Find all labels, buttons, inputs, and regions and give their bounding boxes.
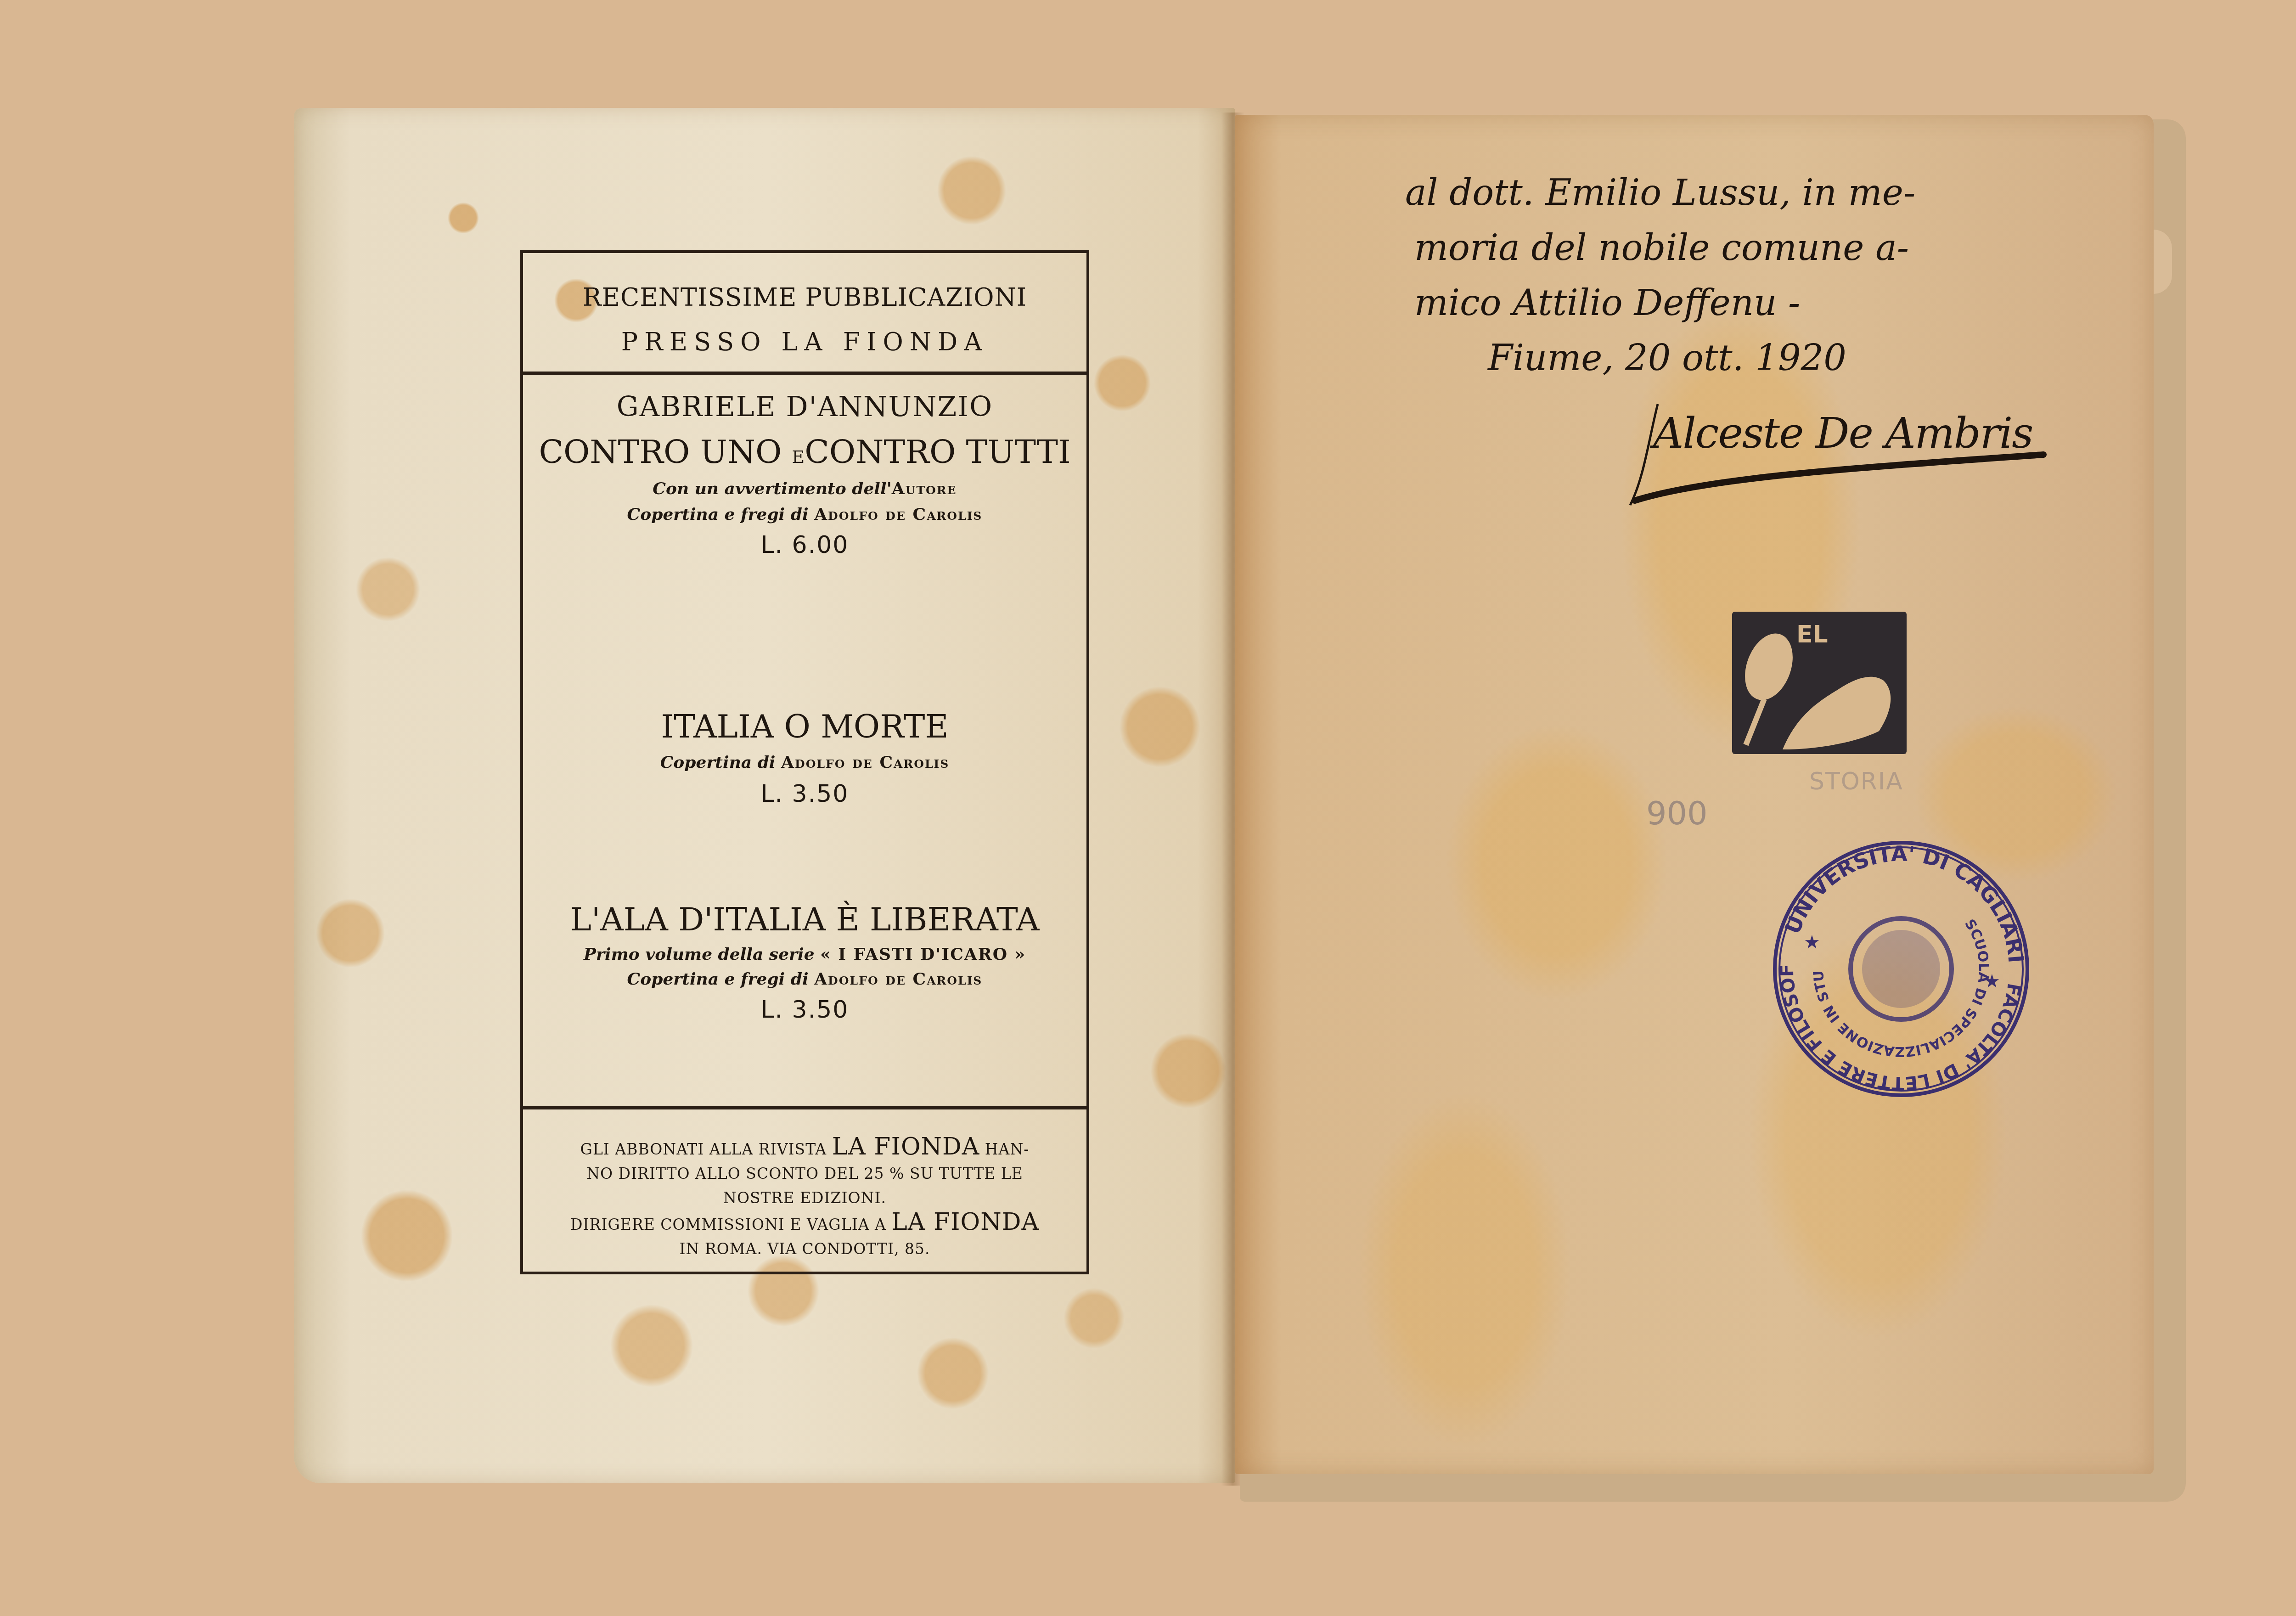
- footer-text: HAN-: [985, 1140, 1030, 1158]
- book-cover-credit: Copertina e fregi di Adolfo de Carolis: [523, 969, 1086, 989]
- book-title-part2: CONTRO TUTTI: [805, 433, 1070, 471]
- book-note-caps: Adolfo de Carolis: [814, 969, 982, 989]
- ad-header: RECENTISSIME PUBBLICAZIONI PRESSO LA FIO…: [523, 253, 1086, 375]
- ad-book-entry: ITALIA O MORTE Copertina di Adolfo de Ca…: [523, 708, 1086, 808]
- dedication-line: mico Attilio Deffenu -: [1405, 276, 2048, 331]
- star-icon: ★: [1804, 932, 1820, 953]
- footer-text: GLI ABBONATI ALLA RIVISTA: [580, 1140, 827, 1158]
- book-series-note: Primo volume della serie « I FASTI D'ICA…: [523, 945, 1086, 964]
- footer-line: NOSTRE EDIZIONI.: [532, 1186, 1077, 1210]
- dedication-place-date: Fiume, 20 ott. 1920: [1405, 331, 2048, 386]
- book-price: L. 6.00: [523, 531, 1086, 559]
- book-note-text: Primo volume della serie: [584, 945, 815, 964]
- footer-text: DIRIGERE COMMISSIONI E VAGLIA A: [570, 1216, 886, 1233]
- ad-header-line2: PRESSO LA FIONDA: [523, 327, 1086, 356]
- book-note: Con un avvertimento dell'Autore: [523, 479, 1086, 498]
- book-cover-credit: Copertina e fregi di Adolfo de Carolis: [523, 505, 1086, 524]
- footer-brand: LA FIONDA: [832, 1133, 980, 1160]
- footer-line: GLI ABBONATI ALLA RIVISTA LA FIONDA HAN-: [532, 1135, 1077, 1161]
- book-price: L. 3.50: [523, 996, 1086, 1024]
- book-note-text: Copertina e fregi di: [627, 969, 809, 989]
- book-title-conjunction: E: [792, 447, 805, 467]
- ad-header-line1: RECENTISSIME PUBBLICAZIONI: [523, 283, 1086, 312]
- publisher-mark: EL: [1732, 612, 1907, 754]
- footer-line: DIRIGERE COMMISSIONI E VAGLIA A LA FIOND…: [532, 1210, 1077, 1237]
- ad-footer-subscription-info: GLI ABBONATI ALLA RIVISTA LA FIONDA HAN-…: [523, 1106, 1086, 1272]
- book-note-text: Copertina di: [660, 753, 776, 772]
- book-price: L. 3.50: [523, 780, 1086, 808]
- footer-line: NO DIRITTO ALLO SCONTO DEL 25 % SU TUTTE…: [532, 1161, 1077, 1186]
- ad-book-entry: GABRIELE D'ANNUNZIO CONTRO UNO ECONTRO T…: [523, 391, 1086, 559]
- dedication-line: moria del nobile comune a-: [1405, 220, 2048, 276]
- footer-brand: LA FIONDA: [891, 1208, 1039, 1236]
- book-note-text: Con un avvertimento dell': [653, 479, 891, 498]
- publisher-advertisement: RECENTISSIME PUBBLICAZIONI PRESSO LA FIO…: [520, 250, 1089, 1274]
- open-book: RECENTISSIME PUBBLICAZIONI PRESSO LA FIO…: [0, 0, 2296, 1616]
- signature-underline-icon: [1616, 400, 2057, 510]
- pencil-subject-note: STORIA: [1809, 768, 1903, 795]
- book-cover-credit: Copertina di Adolfo de Carolis: [523, 753, 1086, 772]
- footer-line: IN ROMA. VIA CONDOTTI, 85.: [532, 1237, 1077, 1261]
- oak-leaf-acorn-icon: [1732, 612, 1907, 754]
- book-title-part1: CONTRO UNO: [539, 433, 782, 471]
- book-title: L'ALA D'ITALIA È LIBERATA: [523, 901, 1086, 938]
- pencil-shelf-number: 900: [1646, 794, 1708, 832]
- book-note-caps: Adolfo de Carolis: [814, 505, 982, 524]
- dedication-line: al dott. Emilio Lussu, in me-: [1405, 165, 2048, 220]
- star-icon: ★: [1984, 971, 2000, 992]
- author-signature: Alceste De Ambris: [1616, 400, 2057, 510]
- handwritten-dedication: al dott. Emilio Lussu, in me- moria del …: [1405, 165, 2048, 386]
- book-author: GABRIELE D'ANNUNZIO: [523, 391, 1086, 423]
- book-note-caps: « I FASTI D'ICARO »: [820, 945, 1026, 964]
- circular-stamp-icon: UNIVERSITA' DI CAGLIARI FACOLTA' DI LETT…: [1768, 836, 2034, 1102]
- ad-book-entry: L'ALA D'ITALIA È LIBERATA Primo volume d…: [523, 901, 1086, 1024]
- book-title: CONTRO UNO ECONTRO TUTTI: [523, 433, 1086, 471]
- book-title: ITALIA O MORTE: [523, 708, 1086, 745]
- book-note-caps: Autore: [892, 479, 957, 498]
- book-note-caps: Adolfo de Carolis: [781, 753, 949, 772]
- book-note-text: Copertina e fregi di: [627, 505, 809, 524]
- university-library-stamp: UNIVERSITA' DI CAGLIARI FACOLTA' DI LETT…: [1768, 836, 2034, 1102]
